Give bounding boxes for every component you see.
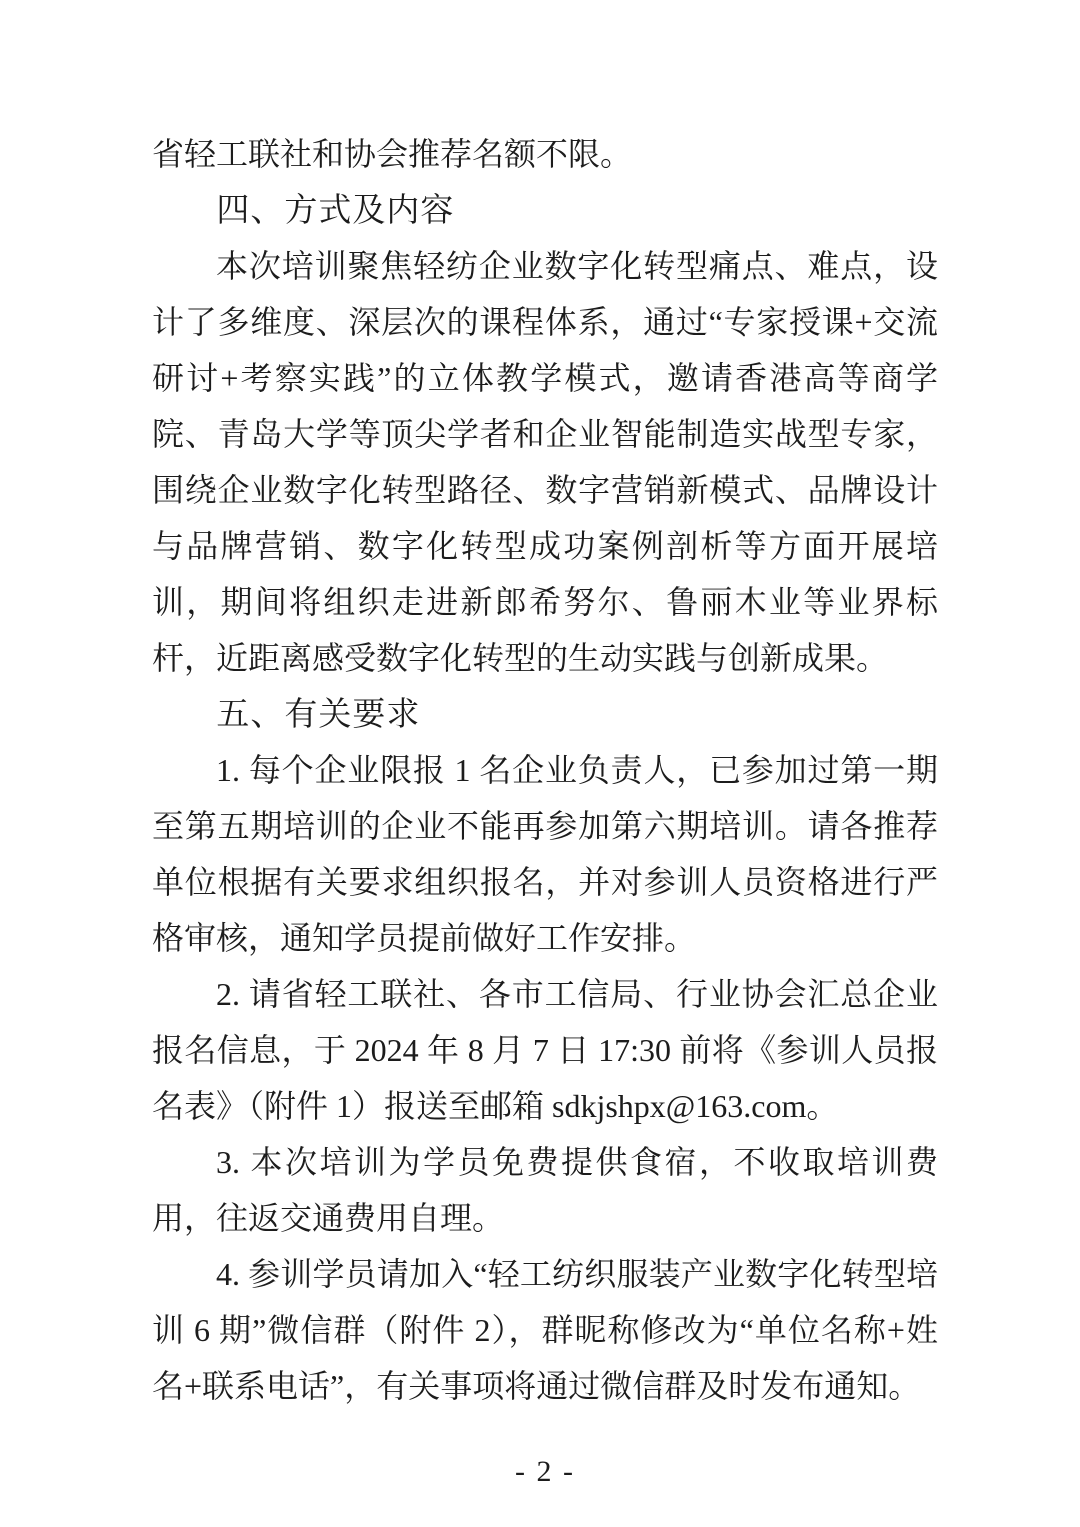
paragraph-quota-continuation: 省轻工联社和协会推荐名额不限。	[152, 126, 938, 182]
requirement-item-4: 4. 参训学员请加入“轻工纺织服装产业数字化转型培训 6 期”微信群（附件 2）…	[152, 1246, 938, 1414]
page-number: - 2 -	[152, 1444, 938, 1500]
section-heading-method-content: 四、方式及内容	[152, 182, 938, 238]
requirement-item-1: 1. 每个企业限报 1 名企业负责人，已参加过第一期至第五期培训的企业不能再参加…	[152, 742, 938, 966]
requirement-item-2: 2. 请省轻工联社、各市工信局、行业协会汇总企业报名信息，于 2024 年 8 …	[152, 966, 938, 1134]
requirement-item-3: 3. 本次培训为学员免费提供食宿，不收取培训费用，往返交通费用自理。	[152, 1134, 938, 1246]
section-heading-requirements: 五、有关要求	[152, 686, 938, 742]
document-page: 省轻工联社和协会推荐名额不限。 四、方式及内容 本次培训聚焦轻纺企业数字化转型痛…	[0, 0, 1080, 1527]
paragraph-training-content: 本次培训聚焦轻纺企业数字化转型痛点、难点，设计了多维度、深层次的课程体系，通过“…	[152, 238, 938, 686]
